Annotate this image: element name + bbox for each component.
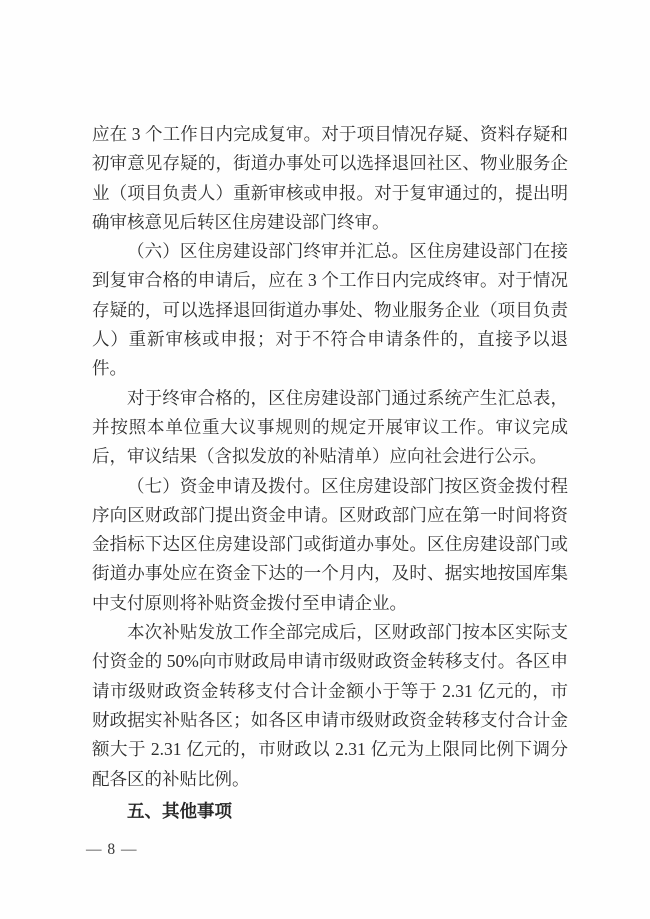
document-page: 应在 3 个工作日内完成复审。对于项目情况存疑、资料存疑和初审意见存疑的，街道办… [0,0,650,919]
paragraph: 对于终审合格的，区住房建设部门通过系统产生汇总表，并按照本单位重大议事规则的规定… [92,384,568,472]
document-body: 应在 3 个工作日内完成复审。对于项目情况存疑、资料存疑和初审意见存疑的，街道办… [92,120,568,826]
paragraph: 应在 3 个工作日内完成复审。对于项目情况存疑、资料存疑和初审意见存疑的，街道办… [92,120,568,237]
section-heading: 五、其他事项 [92,797,568,826]
paragraph: （七）资金申请及拨付。区住房建设部门按区资金拨付程序向区财政部门提出资金申请。区… [92,472,568,618]
paragraph: 本次补贴发放工作全部完成后，区财政部门按本区实际支付资金的 50%向市财政局申请… [92,618,568,794]
paragraph: （六）区住房建设部门终审并汇总。区住房建设部门在接到复审合格的申请后，应在 3 … [92,237,568,383]
page-number: — 8 — [86,841,138,859]
